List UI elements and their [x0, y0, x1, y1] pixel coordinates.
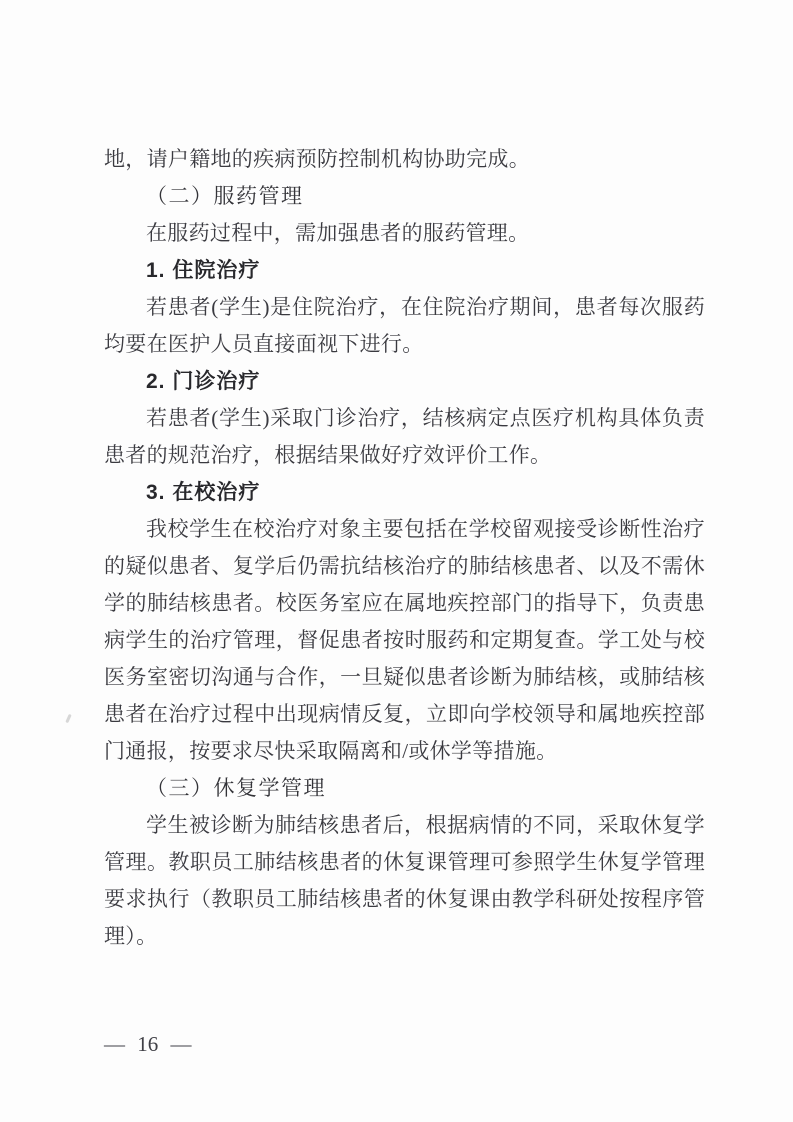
section-heading: （三）休复学管理: [104, 770, 705, 807]
document-page: 地，请户籍地的疾病预防控制机构协助完成。（二）服药管理在服药过程中，需加强患者的…: [0, 0, 793, 1122]
paragraph: 若患者(学生)是住院治疗，在住院治疗期间，患者每次服药均要在医护人员直接面视下进…: [104, 289, 705, 363]
paragraph: 在服药过程中，需加强患者的服药管理。: [104, 215, 705, 252]
scan-artifact-mark: [65, 714, 71, 723]
document-body: 地，请户籍地的疾病预防控制机构协助完成。（二）服药管理在服药过程中，需加强患者的…: [104, 141, 705, 955]
paragraph: 地，请户籍地的疾病预防控制机构协助完成。: [104, 141, 705, 178]
numbered-heading: 1. 住院治疗: [104, 252, 705, 289]
paragraph: 我校学生在校治疗对象主要包括在学校留观接受诊断性治疗的疑似患者、复学后仍需抗结核…: [104, 511, 705, 770]
paragraph: 若患者(学生)采取门诊治疗，结核病定点医疗机构具体负责患者的规范治疗，根据结果做…: [104, 400, 705, 474]
paragraph: 学生被诊断为肺结核患者后，根据病情的不同，采取休复学管理。教职员工肺结核患者的休…: [104, 807, 705, 955]
section-heading: （二）服药管理: [104, 178, 705, 215]
numbered-heading: 3. 在校治疗: [104, 474, 705, 511]
page-number: — 16 —: [104, 1031, 192, 1057]
numbered-heading: 2. 门诊治疗: [104, 363, 705, 400]
